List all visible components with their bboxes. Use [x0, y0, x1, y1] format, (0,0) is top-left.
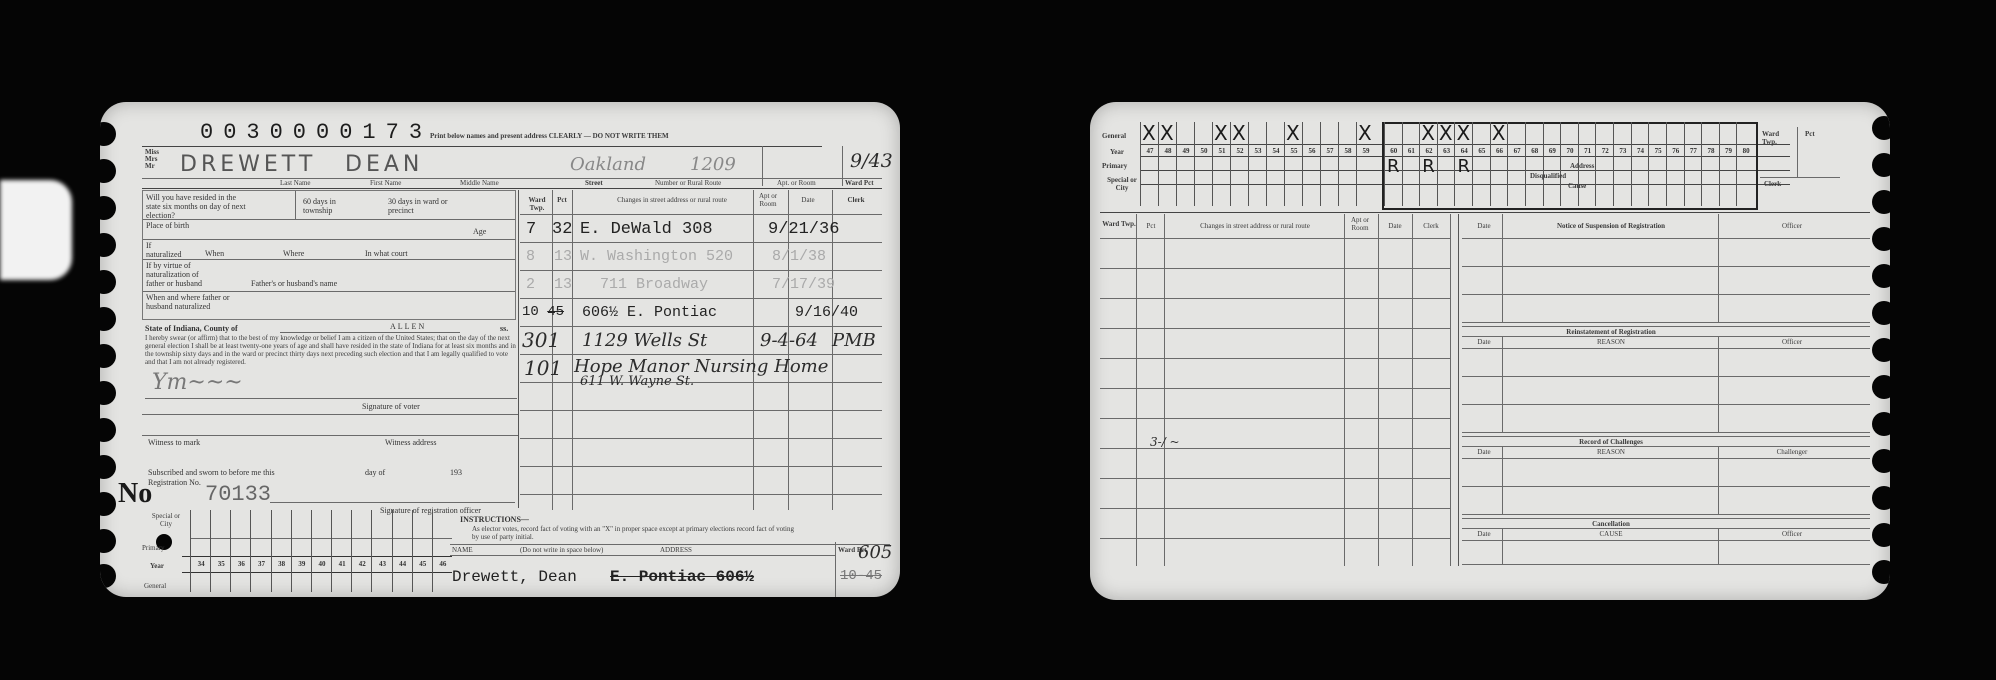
table-row — [1100, 418, 1450, 419]
label-number: Number or Rural Route — [655, 179, 721, 187]
vote-year-column: 73 — [1613, 122, 1632, 206]
punch-hole — [1872, 301, 1890, 325]
row-address: W. Washington 520 — [580, 248, 733, 265]
row-ward: 2 — [526, 276, 535, 293]
cancellation-title: Cancellation — [1506, 520, 1716, 528]
stub-ward-handwritten: 605 — [858, 542, 892, 563]
vote-year-column: 47X — [1140, 122, 1159, 206]
row-ward: 8 — [526, 248, 535, 265]
naturalized-court: In what court — [365, 249, 408, 258]
punch-hole — [100, 529, 116, 553]
vote-year-column: 64XR — [1454, 122, 1473, 206]
suspension-title: Notice of Suspension of Registration — [1506, 222, 1716, 230]
col-ward: Ward Twp. — [524, 196, 550, 212]
table-row — [1100, 388, 1450, 389]
year-number: 60 — [1385, 147, 1403, 155]
vote-year-column: 77 — [1684, 122, 1703, 206]
row-label-year: Year — [150, 562, 164, 570]
primary-vote-mark: R — [1457, 156, 1470, 178]
row-label-primary: Primary — [1102, 162, 1127, 170]
cancellation-officer-header: Officer — [1722, 530, 1862, 538]
vote-year-column: 34 — [190, 510, 211, 592]
year-number: 59 — [1357, 147, 1375, 155]
cancellation-cause-header: CAUSE — [1506, 530, 1716, 538]
general-vote-mark: X — [1142, 122, 1156, 144]
oath-heading: State of Indiana, County of — [145, 324, 238, 333]
year-number: 36 — [231, 560, 251, 568]
col-clerk: Clerk — [836, 196, 876, 204]
vote-year-column: 58 — [1338, 122, 1357, 206]
vote-year-column: 59X — [1356, 122, 1375, 206]
row-date: 8/1/38 — [772, 248, 826, 265]
year-number: 79 — [1720, 147, 1738, 155]
year-number: 64 — [1455, 147, 1473, 155]
vote-record-grid-front: Special or City Primary Year General 343… — [142, 510, 452, 592]
salutation-labels: Miss Mrs Mr — [145, 149, 159, 170]
punch-hole — [1872, 116, 1890, 140]
punch-hole — [1872, 153, 1890, 177]
year-number: 69 — [1544, 147, 1562, 155]
row-label-general: General — [144, 582, 166, 590]
row-pct: 13 — [554, 248, 572, 265]
address-changes-table: Ward Twp. Pct Changes in street address … — [520, 190, 882, 510]
general-vote-mark: X — [1286, 122, 1300, 144]
general-vote-mark: X — [1456, 122, 1470, 144]
row-date: 9/16/40 — [795, 304, 858, 321]
year-number: 70 — [1561, 147, 1579, 155]
table-row — [1100, 358, 1450, 359]
ward-label: Ward Twp. — [1762, 130, 1792, 146]
subscribed-text: Subscribed and sworn to before me this — [148, 468, 275, 477]
vote-year-column: 42 — [351, 510, 372, 592]
naturalized-label: If naturalized — [146, 241, 186, 259]
stamp-address: Address — [1570, 162, 1594, 170]
label-first-name: First Name — [370, 179, 401, 187]
year-number: 50 — [1195, 147, 1213, 155]
vote-year-column: 60R — [1384, 122, 1403, 206]
vote-year-column: 36 — [230, 510, 251, 592]
vote-year-column: 55X — [1284, 122, 1303, 206]
row-date: 7/17/39 — [772, 276, 835, 293]
vote-year-column: 78 — [1701, 122, 1720, 206]
vote-year-column: 44 — [392, 510, 413, 592]
vote-year-column: 67 — [1507, 122, 1526, 206]
punch-hole — [100, 270, 116, 294]
punch-hole — [100, 307, 116, 331]
vote-year-column: 80 — [1736, 122, 1755, 206]
year-number: 48 — [1159, 147, 1177, 155]
row-label-special: Special or City — [1104, 176, 1140, 192]
age-label: Age — [473, 227, 486, 236]
card-front: 0030000173 Print below names and present… — [100, 102, 900, 597]
vote-year-column: 54 — [1266, 122, 1285, 206]
year-number: 80 — [1737, 147, 1755, 155]
punch-hole — [1872, 560, 1890, 584]
punch-hole — [100, 159, 116, 183]
vote-year-column: 46 — [432, 510, 453, 592]
general-vote-mark: X — [1439, 122, 1453, 144]
punch-hole — [1872, 264, 1890, 288]
year-number: 46 — [433, 560, 453, 568]
row-pct: 32 — [552, 220, 572, 239]
row-pct: 101 — [524, 356, 562, 380]
vote-year-column: 40 — [311, 510, 332, 592]
pencil-mark: 3-/ ~ — [1150, 435, 1180, 449]
general-vote-mark: X — [1160, 122, 1174, 144]
vote-year-column: 49 — [1176, 122, 1195, 206]
punch-hole — [1872, 227, 1890, 251]
signature-voter-label: Signature of voter — [362, 402, 420, 411]
row-label-special: Special or City — [146, 512, 186, 528]
row-address: 611 W. Wayne St. — [580, 374, 694, 389]
vote-year-column: 57 — [1320, 122, 1339, 206]
vote-year-column: 63X — [1437, 122, 1456, 206]
row-label-primary: Primary — [142, 544, 165, 552]
general-vote-mark: X — [1358, 122, 1372, 144]
residency-ward-question: 30 days in ward or precinct — [388, 197, 458, 215]
suspension-officer-header: Officer — [1722, 222, 1862, 230]
stub-no-write: (Do not write in space below) — [520, 546, 603, 554]
row-pct: 13 — [554, 276, 572, 293]
parent-when-where-label: When and where father or husband natural… — [146, 293, 246, 311]
table-row — [1100, 238, 1450, 239]
vote-year-column: 50 — [1194, 122, 1213, 206]
naturalized-when: When — [205, 249, 224, 258]
primary-vote-mark: R — [1387, 156, 1400, 178]
vote-year-column: 72 — [1595, 122, 1614, 206]
stub-name-label: NAME — [452, 546, 473, 554]
label-apt: Apt. or Room — [777, 179, 816, 187]
year-number: 52 — [1231, 147, 1249, 155]
vote-year-column: 69 — [1543, 122, 1562, 206]
challenges-title: Record of Challenges — [1506, 438, 1716, 446]
year-number: 43 — [372, 560, 392, 568]
table-row — [1100, 328, 1450, 329]
challenges-date-header: Date — [1466, 448, 1502, 456]
stamp-cause: Cause — [1568, 182, 1586, 190]
row-address: 606½ E. Pontiac — [582, 304, 717, 321]
vote-year-column: 68 — [1525, 122, 1544, 206]
year-number: 53 — [1249, 147, 1267, 155]
vote-year-column: 39 — [291, 510, 312, 592]
back-address-rows — [1100, 214, 1450, 570]
year-number: 77 — [1685, 147, 1703, 155]
punch-hole — [100, 344, 116, 368]
scanner-glare — [0, 180, 72, 280]
cancellation-date-header: Date — [1466, 530, 1502, 538]
row-ward: 7 — [526, 220, 536, 239]
punch-hole — [1872, 190, 1890, 214]
year-number: 49 — [1177, 147, 1195, 155]
stub-address-label: ADDRESS — [660, 546, 692, 554]
reinstatement-title: Reinstatement of Registration — [1506, 328, 1716, 336]
punch-hole — [1872, 412, 1890, 436]
year-number: 37 — [251, 560, 271, 568]
card-back: General Year Primary Special or City 47X… — [1090, 102, 1890, 600]
last-name-value: DREWETT — [180, 152, 316, 177]
oath-ss: ss. — [500, 324, 508, 333]
year-number: 42 — [352, 560, 372, 568]
year-number: 78 — [1702, 147, 1720, 155]
vote-year-column: 45 — [412, 510, 433, 592]
instructions-text: As elector votes, record fact of voting … — [472, 525, 802, 541]
label-middle-name: Middle Name — [460, 179, 499, 187]
table-row — [1100, 538, 1450, 539]
row-clerk: PMB — [832, 330, 876, 351]
instructions-heading: INSTRUCTIONS— — [460, 515, 529, 524]
table-row — [1100, 298, 1450, 299]
year-label: 193 — [450, 468, 462, 477]
row-date: 9-4-64 — [760, 330, 818, 351]
number-value: 1209 — [690, 154, 736, 175]
primary-vote-mark: R — [1422, 156, 1435, 178]
stamp-disqualified: Disqualified — [1530, 172, 1566, 180]
challenges-challenger-header: Challenger — [1722, 448, 1862, 456]
col-apt: Apt or Room — [753, 192, 783, 208]
punch-hole — [1872, 486, 1890, 510]
first-name-value: DEAN — [345, 152, 423, 177]
reinstatement-date-header: Date — [1466, 338, 1502, 346]
row-ward-pct: 10 45 — [522, 304, 564, 320]
birth-place-label: Place of birth — [146, 221, 189, 230]
vote-year-column: 79 — [1719, 122, 1738, 206]
vote-year-column: 41 — [331, 510, 352, 592]
street-value: Oakland — [570, 154, 646, 175]
reinstatement-officer-header: Officer — [1722, 338, 1862, 346]
vote-year-column: 53 — [1248, 122, 1267, 206]
general-vote-mark: X — [1214, 122, 1228, 144]
punch-hole — [100, 196, 116, 220]
witness-mark-label: Witness to mark — [148, 438, 200, 447]
naturalized-where: Where — [283, 249, 304, 258]
year-number: 40 — [312, 560, 332, 568]
registration-number: 70133 — [205, 482, 271, 507]
year-number: 39 — [292, 560, 312, 568]
stub-address-value: E. Pontiac 606½ — [610, 568, 754, 586]
punch-hole — [100, 564, 116, 588]
vote-year-column: 76 — [1666, 122, 1685, 206]
row-address: E. DeWald 308 — [580, 220, 713, 239]
county-value: ALLEN — [390, 322, 426, 331]
year-number: 62 — [1420, 147, 1438, 155]
vote-year-column: 48X — [1158, 122, 1177, 206]
clerk-label: Clerk — [1764, 180, 1781, 188]
punch-hole — [100, 455, 116, 479]
general-vote-mark: X — [1421, 122, 1435, 144]
year-number: 73 — [1614, 147, 1632, 155]
stub-name-value: Drewett, Dean — [452, 568, 577, 586]
vote-year-column: 66X — [1490, 122, 1509, 206]
label-street: Street — [585, 179, 603, 187]
vote-year-column: 75 — [1648, 122, 1667, 206]
punch-hole — [1872, 523, 1890, 547]
year-number: 54 — [1267, 147, 1285, 155]
col-pct: Pct — [552, 196, 572, 204]
vote-record-grid-back: General Year Primary Special or City 47X… — [1100, 122, 1840, 212]
table-row — [1100, 508, 1450, 509]
year-number: 56 — [1303, 147, 1321, 155]
col-changes: Changes in street address or rural route — [582, 196, 762, 204]
suspension-date-header: Date — [1466, 222, 1502, 230]
punch-hole — [100, 381, 116, 405]
punch-hole — [100, 418, 116, 442]
year-number: 63 — [1438, 147, 1456, 155]
row-address: 711 Broadway — [600, 276, 708, 293]
residency-state-question: Will you have resided in the state six m… — [146, 193, 246, 220]
year-number: 41 — [332, 560, 352, 568]
year-number: 75 — [1649, 147, 1667, 155]
vote-year-column: 56 — [1302, 122, 1321, 206]
vote-year-column: 38 — [271, 510, 292, 592]
year-number: 57 — [1321, 147, 1339, 155]
year-number: 44 — [393, 560, 413, 568]
year-number: 68 — [1526, 147, 1544, 155]
header-instruction: Print below names and present address CL… — [430, 132, 669, 140]
table-row — [1100, 268, 1450, 269]
parent-name-label: Father's or husband's name — [251, 279, 337, 288]
punch-hole — [1872, 338, 1890, 362]
year-number: 67 — [1508, 147, 1526, 155]
year-number: 45 — [413, 560, 433, 568]
vote-year-column: 52X — [1230, 122, 1249, 206]
punch-hole — [1872, 449, 1890, 473]
oath-text: I hereby swear (or affirm) that to the b… — [145, 334, 517, 366]
row-label-year: Year — [1110, 148, 1124, 156]
year-number: 61 — [1403, 147, 1421, 155]
vote-year-column: 61 — [1402, 122, 1421, 206]
punch-hole — [100, 122, 116, 146]
row-address: 1129 Wells St — [582, 330, 707, 351]
label-last-name: Last Name — [280, 179, 311, 187]
year-number: 65 — [1473, 147, 1491, 155]
pct-label: Pct — [1805, 130, 1815, 138]
residency-township-question: 60 days in township — [303, 197, 363, 215]
punch-hole — [100, 492, 116, 516]
vote-year-column: 35 — [210, 510, 231, 592]
year-number: 74 — [1632, 147, 1650, 155]
stub-ward-value: 10-45 — [840, 568, 882, 584]
vote-year-column: 65 — [1472, 122, 1491, 206]
vote-year-column: 37 — [250, 510, 271, 592]
general-vote-mark: X — [1232, 122, 1246, 144]
year-number: 76 — [1667, 147, 1685, 155]
row-date: 9/21/36 — [768, 220, 839, 239]
voter-info-block: Will you have resided in the state six m… — [142, 190, 516, 320]
general-vote-mark: X — [1492, 122, 1506, 144]
status-panel: Date Notice of Suspension of Registratio… — [1462, 214, 1870, 570]
day-of-label: day of — [365, 468, 385, 477]
table-row — [1100, 478, 1450, 479]
year-number: 34 — [191, 560, 211, 568]
year-number: 66 — [1491, 147, 1509, 155]
vote-year-column: 62XR — [1419, 122, 1438, 206]
year-number: 71 — [1579, 147, 1597, 155]
serial-number: 0030000173 — [200, 120, 432, 145]
year-number: 58 — [1339, 147, 1357, 155]
vote-year-column: 51X — [1212, 122, 1231, 206]
vote-year-column: 74 — [1631, 122, 1650, 206]
row-pct: 301 — [522, 328, 560, 352]
row-label-general: General — [1102, 132, 1126, 140]
year-number: 51 — [1213, 147, 1231, 155]
vote-year-column: 43 — [371, 510, 392, 592]
punch-hole — [100, 233, 116, 257]
year-number: 35 — [211, 560, 231, 568]
voter-signature: Ym~~~ — [152, 370, 243, 395]
punch-hole — [1872, 375, 1890, 399]
year-number: 47 — [1141, 147, 1159, 155]
witness-address-label: Witness address — [385, 438, 436, 447]
col-date: Date — [790, 196, 826, 204]
reinstatement-reason-header: REASON — [1506, 338, 1716, 346]
challenges-reason-header: REASON — [1506, 448, 1716, 456]
label-ward-pct: Ward Pct — [845, 179, 874, 187]
year-number: 55 — [1285, 147, 1303, 155]
year-number: 72 — [1596, 147, 1614, 155]
parent-naturalization-label: If by virtue of naturalization of father… — [146, 261, 218, 288]
ward-pct-value: 9/43 — [850, 150, 893, 172]
registration-number-label: Registration No. — [148, 478, 201, 487]
year-number: 38 — [272, 560, 292, 568]
